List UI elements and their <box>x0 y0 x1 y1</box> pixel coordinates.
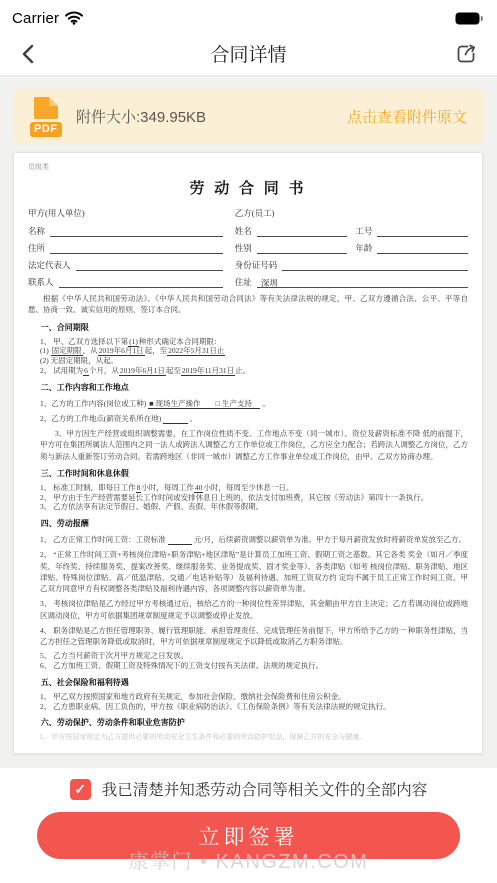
form-row-legal-rep: 法定代表人 身份证号码 <box>28 259 468 271</box>
section-heading: 二、工作内容和工作地点 <box>28 382 468 394</box>
wifi-icon <box>65 11 83 25</box>
company-address-blank <box>50 243 223 254</box>
contract-detail-screen: Carrier 合同 <box>0 0 497 883</box>
party-a-heading: 甲方(用人单位) <box>28 207 85 219</box>
contact-blank <box>59 277 223 288</box>
carrier-label: Carrier <box>12 10 59 27</box>
residence-value: 深圳 <box>257 277 468 288</box>
contract-clause: 2、乙方的工作地点(薪资关系所在地) 。 <box>28 413 468 424</box>
contact-label: 联系人 <box>28 276 54 288</box>
contract-clause: 2、 乙方患职业病、因工负伤的，甲方按《职业病防治法》、《工伤保险条例》等有关法… <box>28 702 468 712</box>
contract-document[interactable]: 员级类 劳 动 合 同 书 甲方(用人单位) 乙方(员工) 名称 姓名 工号 <box>13 152 483 754</box>
form-row-contact: 联系人 住址 深圳 <box>28 276 468 288</box>
contract-clause: 5、 乙方当月薪资于次月甲方规定之日发放。 <box>28 651 468 661</box>
company-name-label: 名称 <box>28 225 45 237</box>
contract-clause: 1、 甲乙双方按照国家和地方政府有关规定，参加社会保险、缴纳社会保险费和住房公积… <box>28 692 468 702</box>
agreement-row: ✓ 我已清楚并知悉劳动合同等相关文件的全部内容 <box>0 778 497 800</box>
company-address-label: 住所 <box>28 242 45 254</box>
contract-clause: 6、 乙方加班工资、假期工资及特殊情况下的工资支付按有关法律、法规的规定执行。 <box>28 661 468 671</box>
age-blank <box>377 243 468 254</box>
contract-parties-form: 甲方(用人单位) 乙方(员工) 名称 姓名 工号 <box>28 207 468 288</box>
view-attachment-link[interactable]: 点击查看附件原文 <box>347 106 467 127</box>
gender-blank <box>257 243 348 254</box>
battery-icon <box>455 12 483 25</box>
section-heading: 四、劳动报酬 <box>28 518 468 530</box>
share-button[interactable] <box>451 40 481 70</box>
contract-clause: 1、 甲、乙双方选择以下第(1)种形式确定本合同期限： <box>28 337 468 347</box>
id-no-label: 身份证号码 <box>235 259 278 271</box>
section-heading: 一、合同期限 <box>28 322 468 334</box>
residence-label: 住址 <box>235 276 252 288</box>
form-row-name: 名称 姓名 工号 <box>28 225 468 237</box>
section-heading: 三、工作时间和休息休假 <box>28 468 468 480</box>
contract-clause: 3、甲方因生产经营或组织调整需要，在工作岗位性质不变、工作地点不变（同一城市）、… <box>40 428 468 462</box>
pdf-file-icon: PDF <box>30 97 64 137</box>
contract-sections: 一、合同期限1、 甲、乙双方选择以下第(1)种形式确定本合同期限：(1) 固定期… <box>28 322 468 743</box>
document-title: 劳 动 合 同 书 <box>28 177 468 198</box>
pdf-badge: PDF <box>30 122 62 137</box>
age-label: 年龄 <box>355 242 372 254</box>
back-button[interactable] <box>14 40 44 70</box>
content-scroll-area[interactable]: PDF 附件大小:349.95KB 点击查看附件原文 员级类 劳 动 合 同 书… <box>0 76 497 768</box>
contract-clause: 1、 甲方按国家规定为乙方提供必要的劳动安全卫生条件和必要的劳动防护用品，保障乙… <box>28 732 468 743</box>
contract-clause: 3、 考核岗位津贴是乙方经过甲方考核通过后，核给乙方的一种岗位性差异津贴，其金额… <box>28 598 468 621</box>
contract-clause: 1、乙方的工作内容(岗位或工种) ■ 现场生产操作 □ 生产支持 。 <box>28 398 468 409</box>
share-icon <box>454 54 478 69</box>
contract-clause: 3、 乙方依法享有法定节假日、婚假、产假、丧假、年休假等假期。 <box>28 502 468 512</box>
form-row-address: 住所 性别 年龄 <box>28 242 468 254</box>
agreement-label: 我已清楚并知悉劳动合同等相关文件的全部内容 <box>102 778 428 800</box>
contract-clause: 2、 “正常工作时间工资+考核岗位津贴+职务津贴+地区津贴”是计算员工加班工资、… <box>28 549 468 594</box>
employee-no-blank <box>377 226 468 237</box>
contract-clause: (1) 固定期限，从2019年6月1日起，至2022年5月31日止 <box>28 346 468 356</box>
agreement-checkbox[interactable]: ✓ <box>70 779 91 800</box>
attachment-size-label: 附件大小:349.95KB <box>76 106 206 127</box>
nav-bar: 合同详情 <box>0 32 497 76</box>
section-heading: 六、劳动保护、劳动条件和职业危害防护 <box>28 717 468 729</box>
bottom-action-bar: ✓ 我已清楚并知悉劳动合同等相关文件的全部内容 立即签署 康掌门 • KANGZ… <box>0 768 497 883</box>
id-no-blank <box>282 260 468 271</box>
gender-label: 性别 <box>235 242 252 254</box>
employee-name-blank <box>257 226 348 237</box>
contract-clause: 1、 标准工时制，即每日工作8小时，每周工作40小时，每周至少休息一日。 <box>28 483 468 493</box>
section-heading: 五、社会保险和福利待遇 <box>28 677 468 689</box>
company-name-blank <box>50 226 223 237</box>
legal-rep-blank <box>76 260 223 271</box>
attachment-banner[interactable]: PDF 附件大小:349.95KB 点击查看附件原文 <box>13 89 484 144</box>
chevron-left-icon <box>18 53 40 68</box>
party-b-heading: 乙方(员工) <box>235 207 275 219</box>
document-grade-tag: 员级类 <box>28 162 468 172</box>
contract-clause: 4、 职务津贴是乙方担任管理职务、履行管理职能、承担管理责任、完成管理任务前提下… <box>28 625 468 648</box>
contract-clause: 2、 试用期为6个月，从2019年6月1日起至2019年11月31日止。 <box>28 366 468 376</box>
page-title: 合同详情 <box>210 40 286 67</box>
sign-now-button[interactable]: 立即签署 <box>37 812 460 859</box>
contract-body: 根据《中华人民共和国劳动法》、《中华人民共和国劳动合同法》等有关法律法规的规定，… <box>28 293 468 743</box>
employee-name-label: 姓名 <box>235 225 252 237</box>
contract-clause: (2) 无固定期限，从起。 <box>28 356 468 366</box>
legal-rep-label: 法定代表人 <box>28 259 71 271</box>
status-bar: Carrier <box>0 0 497 32</box>
contract-preamble: 根据《中华人民共和国劳动法》、《中华人民共和国劳动合同法》等有关法律法规的规定，… <box>28 293 468 316</box>
employee-no-label: 工号 <box>355 225 372 237</box>
contract-clause: 1、 乙方正常工作时间工资：工资标准 元/月，后续薪资调整以薪资单为准。甲方于每… <box>28 534 468 545</box>
contract-clause: 2、 甲方由于生产经营需要延长工作时间或安排休息日上班的，依法支付加班费，其它按… <box>28 493 468 503</box>
